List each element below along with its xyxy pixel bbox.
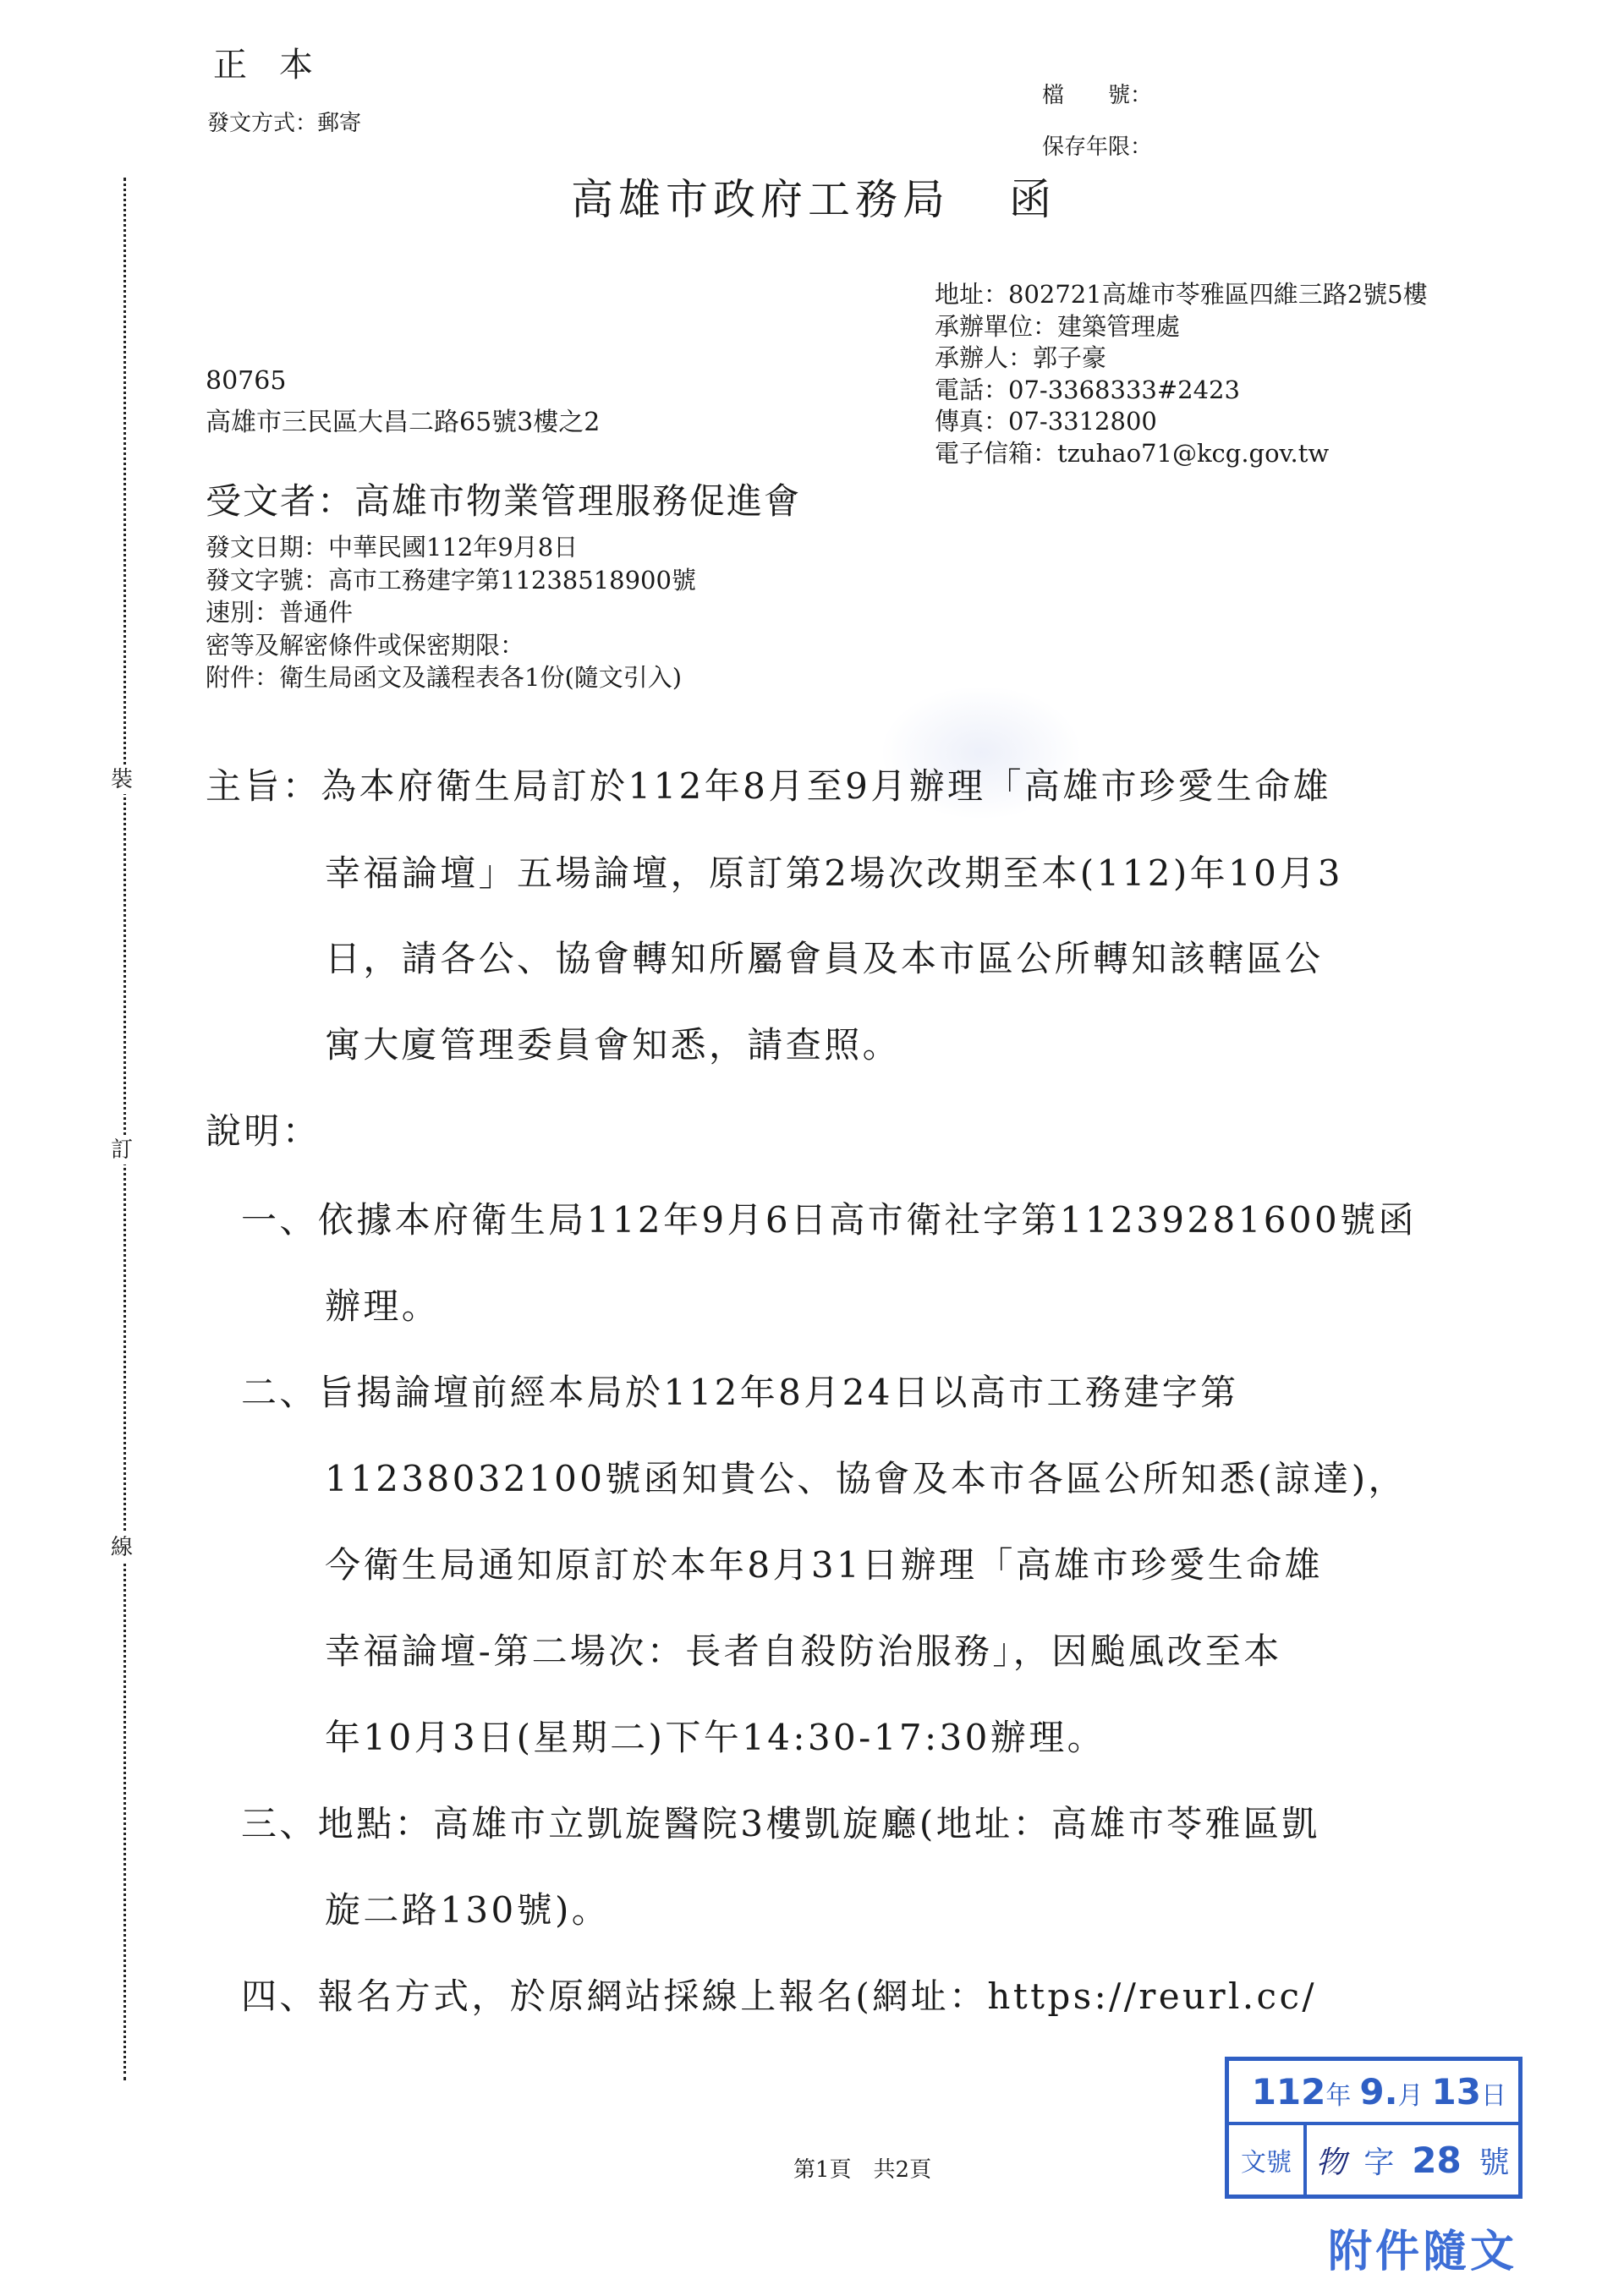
subject-line-2: 幸福論壇」五場論壇，原訂第2場次改期至本(112)年10月3: [325, 846, 1343, 896]
stamp-date-row: 112年 9.月 13日: [1229, 2061, 1518, 2125]
file-number-label: 檔號：: [1042, 78, 1152, 109]
issue-date: 發文日期：中華民國112年9月8日: [206, 531, 696, 564]
recipient: 受文者：高雄市物業管理服務促進會: [206, 474, 801, 524]
file-number-label-part2: 號：: [1108, 83, 1152, 108]
binding-char-xian: 線: [111, 1533, 133, 1562]
send-method: 發文方式：郵寄: [207, 106, 361, 137]
page-indicator: 第1頁共2頁: [793, 2152, 931, 2184]
subject-line-3: 日，請各公、協會轉知所屬會員及本市區公所轉知該轄區公: [325, 931, 1323, 982]
explanation-item-3-line-2: 旋二路130號)。: [325, 1882, 610, 1933]
issuing-agency: 高雄市政府工務局: [571, 175, 950, 224]
receiver-address: 高雄市三民區大昌二路65號3樓之2: [206, 401, 600, 438]
email: 電子信箱：tzuhao71@kcg.gov.tw: [935, 438, 1428, 470]
binding-char-zhuang: 裝: [111, 765, 133, 794]
explanation-item-2-line-2: 11238032100號函知貴公、協會及本市各區公所知悉(諒達)，: [325, 1451, 1407, 1502]
attachment-enclosed-stamp: 附件隨文: [1328, 2216, 1517, 2279]
speed-class: 速別：普通件: [206, 596, 696, 629]
stamp-day: 13: [1432, 2071, 1481, 2112]
stamp-docno-value: 物 字 28 號: [1307, 2125, 1518, 2195]
stamp-char-unit: 字: [1363, 2139, 1394, 2182]
handling-unit: 承辦單位：建築管理處: [935, 311, 1428, 343]
explanation-item-1-line-1: 一、依據本府衛生局112年9月6日高市衛社字第11239281600號函: [241, 1192, 1417, 1243]
file-number-label-part1: 檔: [1042, 83, 1108, 108]
explanation-item-3-line-1: 三、地點：高雄市立凱旋醫院3樓凱旋廳(地址：高雄市苓雅區凱: [241, 1796, 1320, 1847]
stamp-month: 9.: [1359, 2071, 1397, 2112]
stamp-handwritten-prefix: 物: [1315, 2139, 1346, 2182]
stamp-docno-row: 文號 物 字 28 號: [1229, 2125, 1518, 2195]
page-total: 共2頁: [874, 2157, 932, 2183]
stamp-year: 112: [1252, 2071, 1326, 2112]
stamp-year-unit: 年: [1325, 2081, 1351, 2111]
explanation-item-2-line-4: 幸福論壇-第二場次：長者自殺防治服務」，因颱風改至本: [325, 1624, 1282, 1674]
phone: 電話：07-3368333#2423: [935, 375, 1428, 407]
receiver-zip: 80765: [206, 366, 286, 396]
confidentiality: 密等及解密條件或保密期限：: [206, 629, 696, 662]
stamp-docno-label: 文號: [1229, 2125, 1307, 2195]
copy-label: 正本: [213, 38, 345, 86]
attachments: 附件：衛生局函文及議程表各1份(隨文引入): [206, 661, 696, 694]
page-current: 第1頁: [793, 2157, 852, 2183]
retention-label: 保存年限：: [1042, 129, 1152, 161]
sender-contact-block: 地址：802721高雄市苓雅區四維三路2號5樓 承辦單位：建築管理處 承辦人：郭…: [935, 279, 1428, 469]
binding-margin-line: [123, 178, 126, 2080]
explanation-item-1-line-2: 辦理。: [325, 1279, 440, 1329]
sender-address: 地址：802721高雄市苓雅區四維三路2號5樓: [935, 279, 1428, 311]
stamp-number-unit: 號: [1479, 2139, 1510, 2182]
document-number: 發文字號：高市工務建字第11238518900號: [206, 564, 696, 597]
stamp-month-unit: 月: [1398, 2081, 1424, 2111]
subject-line-1: 主旨：為本府衛生局訂於112年8月至9月辦理「高雄市珍愛生命雄: [206, 759, 1331, 809]
explanation-item-4-line-1: 四、報名方式，於原網站採線上報名(網址：https://reurl.cc/: [241, 1969, 1317, 2019]
fax: 傳真：07-3312800: [935, 406, 1428, 438]
stamp-day-unit: 日: [1481, 2081, 1506, 2111]
explanation-item-2-line-3: 今衛生局通知原訂於本年8月31日辦理「高雄市珍愛生命雄: [325, 1537, 1323, 1588]
stamp-number: 28: [1412, 2140, 1461, 2181]
explanation-item-2-line-1: 二、旨揭論壇前經本局於112年8月24日以高市工務建字第: [241, 1365, 1239, 1416]
doc-type: 函: [1009, 175, 1056, 224]
explanation-heading: 說明：: [206, 1104, 321, 1154]
explanation-item-2-line-5: 年10月3日(星期二)下午14:30-17:30辦理。: [325, 1710, 1106, 1761]
page-title: 高雄市政府工務局函: [571, 166, 1056, 227]
subject-line-4: 寓大廈管理委員會知悉，請查照。: [325, 1017, 901, 1068]
binding-char-ding: 訂: [111, 1136, 133, 1164]
document-meta: 發文日期：中華民國112年9月8日 發文字號：高市工務建字第1123851890…: [206, 531, 696, 694]
received-date-stamp: 112年 9.月 13日 文號 物 字 28 號: [1225, 2057, 1522, 2199]
handler-name: 承辦人：郭子豪: [935, 342, 1428, 375]
